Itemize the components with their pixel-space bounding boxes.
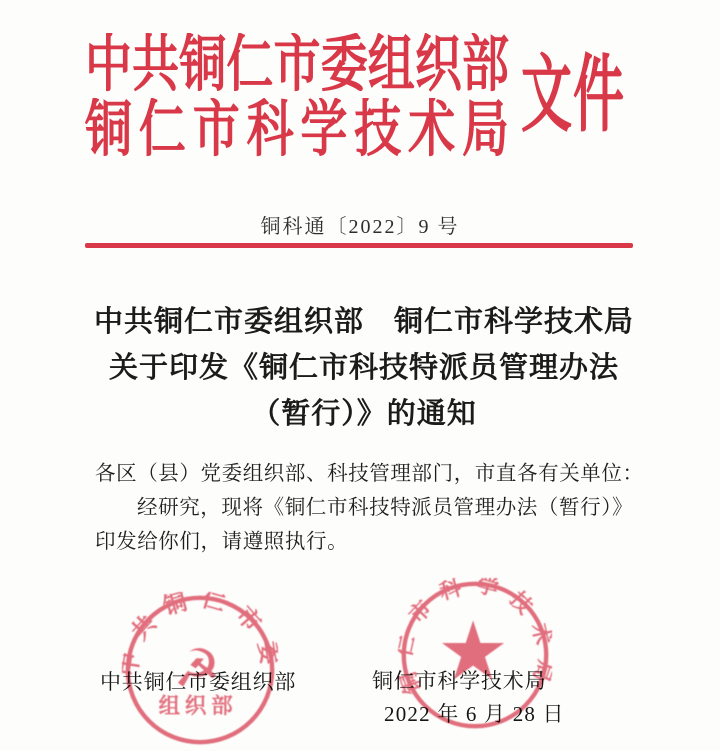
letterhead-doc-word: 文件	[521, 56, 625, 140]
body-paragraph-line1: 经研究，现将《铜仁市科技特派员管理办法（暂行）》	[95, 491, 655, 525]
red-separator-rule	[85, 243, 633, 248]
title-line1: 中共铜仁市委组织部 铜仁市科学技术局	[40, 299, 688, 345]
document-title: 中共铜仁市委组织部 铜仁市科学技术局 关于印发《铜仁市科技特派员管理办法 （暂行…	[40, 299, 688, 437]
salutation-line: 各区（县）党委组织部、科技管理部门，市直各有关单位：	[95, 457, 655, 491]
letterhead-org-line1: 中共铜仁市委组织部	[85, 33, 509, 98]
left-seal-bottom-text: 组织部	[159, 694, 238, 718]
title-line3: （暂行）》的通知	[40, 391, 688, 437]
document-number: 铜科通〔2022〕9 号	[0, 210, 720, 239]
letterhead-org-line2: 铜仁市科学技术局	[85, 98, 509, 163]
letterhead-orgs: 中共铜仁市委组织部 铜仁市科学技术局	[85, 33, 509, 163]
body-paragraph-line2: 印发给你们，请遵照执行。	[95, 525, 655, 559]
signature-right-org: 铜仁市科学技术局	[372, 665, 546, 695]
document-page: 中共铜仁市委组织部 铜仁市科学技术局 文件 铜科通〔2022〕9 号 中共铜仁市…	[0, 0, 720, 751]
signature-date: 2022 年 6 月 28 日	[384, 698, 565, 728]
title-line2: 关于印发《铜仁市科技特派员管理办法	[40, 345, 688, 391]
document-body: 各区（县）党委组织部、科技管理部门，市直各有关单位： 经研究，现将《铜仁市科技特…	[95, 457, 655, 559]
signature-left-org: 中共铜仁市委组织部	[100, 666, 296, 696]
